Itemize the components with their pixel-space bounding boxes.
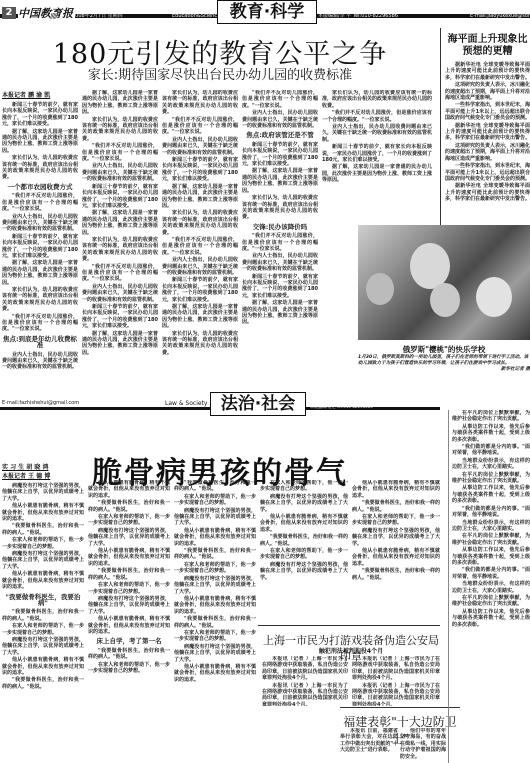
sidebar-paragraph: 这项研究的负责人表示，冰川融化的速度超出了预期，海平面上升将对沿海地区造成严重影… — [445, 82, 530, 101]
lead-paragraph: "我们并不反对幼儿园涨价，但是涨价应该有一个合理的幅度。"一位家长说。 — [162, 237, 238, 256]
lead-paragraph: 据了解，这家幼儿园是一家普通的民办幼儿园，此次涨价主要是因为物价上涨、教师工资上… — [2, 260, 78, 286]
lead-paragraph: 新闻三十春节的前夕，就有家长向本报反映说，一家民办幼儿园涨价了，一个月的收费涨到… — [242, 274, 318, 300]
article2-paragraph: 在家人和老师的帮助下，他一步一步实现着自己的梦想。 — [174, 562, 256, 575]
article2-paragraph: 他从小就患有脆骨病，稍有不慎就会骨折，但他从来没有放弃过对知识的追求。 — [174, 528, 256, 547]
article2-paragraph: 病魔没有打垮这个坚强的男孩，他躺在床上自学，以优异的成绩考上了大学。 — [174, 508, 256, 527]
lead-column-2: 据了解，这家幼儿园是一家普通的民办幼儿园，此次涨价主要是因为物价上涨、教师工资上… — [82, 90, 158, 395]
article3-subhead: 触犯刑法被判拘役4个月 — [262, 646, 440, 655]
photo-caption-text: 1月30日，俄罗斯莫斯科的一所幼儿园里，孩子们在老师的带领下进行手工活动。该幼儿… — [358, 355, 528, 366]
article2-column-2: 他从小就患有脆骨病，稍有不慎就会骨折，但他从来没有放弃过对知识的追求。 "我要做… — [88, 480, 170, 763]
lead-paragraph: 家长们认为，幼儿园的收费应该有统一的标准，政府应该出台相关的政策来规范民办幼儿园… — [2, 155, 78, 181]
right-paragraph: 在平凡的岗位上默默奉献，为维护社会稳定作出了突出贡献。 — [452, 472, 530, 485]
lead-paragraph: 家长们认为，幼儿园的收费应该有统一的标准，政府应该出台相关的政策来规范民办幼儿园… — [162, 331, 238, 357]
right-paragraph: 在平凡的岗位上默默奉献，为维护社会稳定作出了突出贡献。 — [452, 595, 530, 608]
article2-paragraph: 他从小就患有脆骨病，稍有不慎就会骨折，但他从来没有放弃过对知识的追求。 — [260, 514, 348, 533]
lead-column-4: "我们并不反对幼儿园涨价，但是涨价应该有一个合理的幅度。"一位家长说。 业内人士… — [242, 90, 318, 395]
lead-paragraph: 新闻三十春节的前夕，就有家长向本报反映说，一家民办幼儿园涨价了，一个月的收费涨到… — [82, 304, 158, 330]
article3-column-2: 本报讯（记者 ）上海一市民为了在网络游戏中获取装备，私自伪造公安局印章，日前被法… — [352, 656, 440, 706]
article2-paragraph: "我要做骨科医生，治好和我一样的病人。"他说。 — [88, 568, 170, 581]
article2-paragraph: 他从小就患有脆骨病，稍有不慎就会骨折，但他从来没有放弃过对知识的追求。 — [352, 548, 440, 567]
article2-paragraph: 他从小就患有脆骨病，稍有不慎就会骨折，但他从来没有放弃过对知识的追求。 — [2, 503, 84, 522]
photo-caption: 1月30日，俄罗斯莫斯科的一所幼儿园里，孩子们在老师的带领下进行手工活动。该幼儿… — [358, 355, 530, 373]
article2-column-3: "我要做骨科医生，治好和我一样的病人。"他说。 在家人和老师的帮助下，他一步一步… — [174, 480, 256, 763]
right-paragraph: 从事边防工作以来，他先后参与破获各类案件数十起，受到上级的多次表彰。 — [452, 547, 530, 566]
article2-paragraph: 在家人和老师的帮助下，他一步一步实现着自己的梦想。 — [88, 582, 170, 595]
article2-subtitle: 床上自学，考了第一名 — [88, 638, 170, 644]
lead-paragraph: 新闻三十春节的前夕，就有家长向本报反映说，一家民办幼儿园涨价了，一个月的收费涨到… — [242, 142, 318, 168]
article2-paragraph: "我要做骨科医生，治好和我一样的病人。"他说。 — [174, 616, 256, 629]
right-paragraph: 当地群众纷纷表示，有这样的边防卫士在，大家心里踏实。 — [452, 458, 530, 471]
lead-paragraph: "我们并不反对幼儿园涨价，但是涨价应该有一个合理的幅度。"一位家长说。 — [82, 264, 158, 283]
lead-paragraph: 据了解，这家幼儿园是一家普通的民办幼儿园，此次涨价主要是因为物价上涨、教师工资上… — [242, 168, 318, 194]
article2-paragraph: 他从小就患有脆骨病，稍有不慎就会骨折，但他从来没有放弃过对知识的追求。 — [88, 616, 170, 635]
right-paragraph: 从事边防工作以来，他先后参与破获各类案件数十起，受到上级的多次表彰。 — [452, 609, 530, 628]
law-email: E-mail:fazhishehui@gmail.com — [2, 400, 81, 406]
lead-paragraph: 新闻三十春节的前夕，就有家长向本报反映说，一家民办幼儿园涨价了，一个月的收费涨到… — [2, 234, 78, 260]
article2-paragraph: "我要做骨科医生，治好和我一样的病人。"他说。 — [2, 677, 84, 690]
sidebar-paragraph: 一些科学家指出，到本世纪末，海平面可能上升1米以上，远远超出联合国政府间气候变化… — [445, 102, 530, 121]
header-section-en: Education&Science — [172, 14, 220, 18]
lead-paragraph: 据了解，这家幼儿园是一家普通的民办幼儿园，此次涨价主要是因为物价上涨、教师工资上… — [82, 90, 158, 116]
sidebar-paragraph: 据新华社电 全球变暖导致海平面上升的速度可能比此前预计的要快得多，科学家们在最新… — [445, 123, 530, 142]
lead-paragraph: "我们并不反对幼儿园涨价，但是涨价应该有一个合理的幅度。"一位家长说。 — [2, 314, 78, 333]
article2-byline: 本报记者 王 德 博 — [2, 471, 84, 480]
article2-paragraph: "我要做骨科医生，治好和我一样的病人。"他说。 — [260, 534, 348, 547]
lead-paragraph: 业内人士指出，民办幼儿园收费问题由来已久，关键在于缺乏统一的收费标准和有效的监管… — [82, 284, 158, 303]
section-label-education: 教育·科学 — [217, 0, 317, 24]
article2-subtitle: "我要做骨科医生，我要治病" — [2, 594, 84, 607]
article2-paragraph: "我要做骨科医生，治好和我一样的病人。"他说。 — [174, 548, 256, 561]
lead-paragraph: 据了解，这家幼儿园是一家普通的民办幼儿园，此次涨价主要是因为物价上涨、教师工资上… — [242, 300, 318, 326]
article2-paragraph: 他从小就患有脆骨病，稍有不慎就会骨折，但他从来没有放弃过对知识的追求。 — [352, 480, 440, 499]
lead-paragraph: 新闻三十春节的前夕，就有家长向本报反映说，一家民办幼儿园涨价了，一个月的收费涨到… — [82, 184, 158, 210]
lead-paragraph: 业内人士指出，民办幼儿园收费问题由来已久，关键在于缺乏统一的收费标准和有效的监管… — [162, 137, 238, 156]
right-paragraph: 在平凡的岗位上默默奉献，为维护社会稳定作出了突出贡献。 — [452, 410, 530, 423]
article2-paragraph: 病魔没有打垮这个坚强的男孩，他躺在床上自学，以优异的成绩考上了大学。 — [352, 528, 440, 547]
article2-paragraph: 他从小就患有脆骨病，稍有不慎就会骨折，但他从来没有放弃过对知识的追求。 — [88, 480, 170, 499]
article2-column-4: 在家人和老师的帮助下，他一步一步实现着自己的梦想。 病魔没有打垮这个坚强的男孩，… — [260, 480, 348, 620]
article2-paragraph: 在家人和老师的帮助下，他一步一步实现着自己的梦想。 — [174, 630, 256, 643]
article2-paragraph: 病魔没有打垮这个坚强的男孩，他躺在床上自学，以优异的成绩考上了大学。 — [260, 562, 348, 581]
photo-figure — [366, 273, 394, 305]
header-editor: 本版编辑/李 平 Tel:010-82296586 — [318, 14, 398, 18]
lead-paragraph: 据了解，这家幼儿园是一家普通的民办幼儿园，此次涨价主要是因为物价上涨、教师工资上… — [82, 210, 158, 236]
page-number: 2 — [2, 7, 16, 19]
article2-paragraph: 他从小就患有脆骨病，稍有不慎就会骨折，但他从来没有放弃过对知识的追求。 — [174, 664, 256, 683]
lead-subhead: 家长:期待国家尽快出台民办幼儿园的收费标准 — [0, 64, 440, 83]
lead-paragraph: 家长们认为，幼儿园的收费应该有统一的标准，政府应该出台相关的政策来规范民办幼儿园… — [242, 195, 318, 221]
photo-caption-title: 俄罗斯"樱桃"的快乐学校 — [358, 344, 530, 355]
article2-paragraph: 他从小就患有脆骨病，稍有不慎就会骨折，但他从来没有放弃过对知识的追求。 — [2, 657, 84, 676]
article2-byline: 实 习 生 胡 晓 鸿 — [2, 462, 84, 471]
article2-paragraph: 在家人和老师的帮助下，他一步一步实现着自己的梦想。 — [260, 548, 348, 561]
lead-subtitle: 交锋:民办该降价吗 — [242, 224, 318, 230]
article2-paragraph: 他从小就患有脆骨病，稍有不慎就会骨折，但他从来没有放弃过对知识的追求。 — [88, 548, 170, 567]
sidebar-title: 海平面上升现象比预想的更糟 — [445, 34, 530, 58]
lead-column-5: 家长们认为，幼儿园的收费应该有统一的标准，政府应该出台相关的政策来规范民办幼儿园… — [322, 90, 432, 220]
lead-byline: 本报记者 鹏 渝 凯 — [2, 90, 78, 99]
right-paragraph: 从事边防工作以来，他先后参与破获各类案件数十起，受到上级的多次表彰。 — [452, 424, 530, 443]
lead-paragraph: 业内人士指出，民办幼儿园收费问题由来已久，关键在于缺乏统一的收费标准和有效的监管… — [162, 257, 238, 276]
right-paragraph: 当地群众纷纷表示，有这样的边防卫士在，大家心里踏实。 — [452, 520, 530, 533]
article3-paragraph: 本报讯（记者 ）上海一市民为了在网络游戏中获取装备，私自伪造公安局印章，日前被法… — [352, 656, 440, 682]
lead-paragraph: 新闻三十春节的前夕，就有家长向本报反映说，一家民办幼儿园涨价了，一个月的收费涨到… — [322, 144, 432, 163]
lead-paragraph: 据了解，这家幼儿园是一家普通的民办幼儿园，此次涨价主要是因为物价上涨、教师工资上… — [162, 304, 238, 330]
sidebar-paragraph: 据新华社电 全球变暖导致海平面上升的速度可能比此前预计的要快得多，科学家们在最新… — [445, 62, 530, 81]
article4-paragraph: 本报讯 日前，福建省举行表彰大会，对在边防工作中做出突出贡献的"十大边防卫士"进… — [340, 728, 398, 754]
law-section-en: Law & Society — [162, 400, 210, 407]
article3-rule — [258, 625, 440, 626]
article2-paragraph: 在家人和老师的帮助下，他一步一步实现着自己的梦想。 — [352, 514, 440, 527]
lead-paragraph: 业内人士指出，民办幼儿园收费问题由来已久，关键在于缺乏统一的收费标准和有效的监管… — [82, 163, 158, 182]
article2-paragraph: 在家人和老师的帮助下，他一步一步实现着自己的梦想。 — [2, 537, 84, 550]
article4-column-1: 本报讯 日前，福建省举行表彰大会，对在边防工作中做出突出贡献的"十大边防卫士"进… — [340, 728, 398, 763]
article2-paragraph: 病魔没有打垮这个坚强的男孩，他躺在床上自学，以优异的成绩考上了大学。 — [88, 528, 170, 547]
lead-paragraph: 家长们认为，幼儿园的收费应该有统一的标准，政府应该出台相关的政策来规范民办幼儿园… — [82, 237, 158, 263]
article3-column-1: 本报讯（记者 ）上海一市民为了在网络游戏中获取装备，私自伪造公安局印章，日前被法… — [262, 656, 348, 706]
photo-credit: 新华社记者 摄 — [501, 367, 530, 373]
article2-paragraph: "我要做骨科医生，治好和我一样的病人。"他说。 — [88, 648, 170, 661]
lead-paragraph: 家长们认为，幼儿园的收费应该有统一的标准，政府应该出台相关的政策来规范民办幼儿园… — [2, 287, 78, 313]
lead-subtitle: 一个都市农园收费方式 — [2, 184, 78, 190]
header-date: 2008年2月7日 星期四 — [72, 14, 123, 18]
page-header: 2 中国教育报 ///// 2008年2月7日 星期四 Education&Sc… — [0, 0, 530, 26]
lead-paragraph: 家长们认为，幼儿园的收费应该有统一的标准，政府应该出台相关的政策来规范民办幼儿园… — [162, 210, 238, 236]
masthead-slashes: ///// — [50, 12, 57, 20]
lead-paragraph: 据了解，这家幼儿园是一家普通的民办幼儿园，此次涨价主要是因为物价上涨、教师工资上… — [322, 164, 432, 183]
right-paragraph: 从事边防工作以来，他先后参与破获各类案件数十起，受到上级的多次表彰。 — [452, 485, 530, 504]
right-paragraph: "我们做的都是分内的事。"面对荣誉，他平静地说。 — [452, 506, 530, 519]
section-label-law: 法治·社会 — [210, 392, 306, 416]
right-paragraph: "我们做的都是分内的事。"面对荣誉，他平静地说。 — [452, 567, 530, 580]
lead-paragraph: 家长们认为，幼儿园的收费应该有统一的标准，政府应该出台相关的政策来规范民办幼儿园… — [322, 90, 432, 109]
lead-paragraph: 据了解，这家幼儿园是一家普通的民办幼儿园，此次涨价主要是因为物价上涨、教师工资上… — [162, 184, 238, 210]
article2-paragraph: "我要做骨科医生，治好和我一样的病人。"他说。 — [174, 480, 256, 493]
article4-paragraph: 他们中有的常年坚守海岛，有的奋战在缉私一线，用实际行动守护着祖国的海防安全。 — [400, 728, 446, 760]
article4-rule — [340, 707, 460, 708]
right-column-continued: 在平凡的岗位上默默奉献，为维护社会稳定作出了突出贡献。 从事边防工作以来，他先后… — [448, 410, 530, 763]
article2-paragraph: "我要做骨科医生，治好和我一样的病人。"他说。 — [2, 523, 84, 536]
right-paragraph: 当地群众纷纷表示，有这样的边防卫士在，大家心里踏实。 — [452, 581, 530, 594]
article2-paragraph: 在家人和老师的帮助下，他一步一步实现着自己的梦想。 — [260, 480, 348, 493]
sidebar-paragraph: 据新华社电 全球变暖导致海平面上升的速度可能比此前预计的要快得多，科学家们在最新… — [445, 183, 530, 202]
article2-paragraph: 在家人和老师的帮助下，他一步一步实现着自己的梦想。 — [88, 514, 170, 527]
article2-paragraph: "我要做骨科医生，治好和我一样的病人。"他说。 — [352, 568, 440, 581]
article2-paragraph: "我要做骨科医生，治好和我一样的病人。"他说。 — [352, 500, 440, 513]
lead-paragraph: "我们并不反对幼儿园涨价，但是涨价应该有一个合理的幅度。"一位家长说。 — [82, 143, 158, 162]
lead-paragraph: "我们并不反对幼儿园涨价，但是涨价应该有一个合理的幅度。"一位家长说。 — [242, 233, 318, 252]
sidebar-paragraph: 一些科学家指出，到本世纪末，海平面可能上升1米以上，远远超出联合国政府间气候变化… — [445, 163, 530, 182]
article3-paragraph: 本报讯（记者 ）上海一市民为了在网络游戏中获取装备，私自伪造公安局印章，日前被法… — [352, 683, 440, 706]
lead-subtitle: 焦点:到底是年幼儿收费标准 — [2, 336, 78, 349]
sidebar-paragraph: 这项研究的负责人表示，冰川融化的速度超出了预期，海平面上升将对沿海地区造成严重影… — [445, 143, 530, 162]
article2-paragraph: 他从小就患有脆骨病，稍有不慎就会骨折，但他从来没有放弃过对知识的追求。 — [2, 571, 84, 590]
article2-paragraph: 他从小就患有脆骨病，稍有不慎就会骨折，但他从来没有放弃过对知识的追求。 — [174, 596, 256, 615]
lead-column-1: 本报记者 鹏 渝 凯 新闻三十春节的前夕，就有家长向本报反映说，一家民办幼儿园涨… — [2, 90, 78, 395]
lead-paragraph: 据了解，这家幼儿园是一家普通的民办幼儿园，此次涨价主要是因为物价上涨、教师工资上… — [82, 331, 158, 357]
photo-figure — [430, 283, 460, 317]
article3-paragraph: 本报讯（记者 ）上海一市民为了在网络游戏中获取装备，私自伪造公安局印章，日前被法… — [262, 656, 348, 682]
article2-paragraph: 在家人和老师的帮助下，他一步一步实现着自己的梦想。 — [2, 623, 84, 636]
article2-paragraph: 病魔没有打垮这个坚强的男孩，他躺在床上自学，以优异的成绩考上了大学。 — [260, 494, 348, 513]
lead-paragraph: "我们并不反对幼儿园涨价，但是涨价应该有一个合理的幅度。"一位家长说。 — [2, 193, 78, 212]
header-email: E-mail:jiaoyukexue@sohu.com — [470, 14, 530, 18]
article3-paragraph: 本报讯（记者 ）上海一市民为了在网络游戏中获取装备，私自伪造公安局印章，日前被法… — [262, 683, 348, 706]
lead-paragraph: 据了解，这家幼儿园是一家普通的民办幼儿园，此次涨价主要是因为物价上涨、教师工资上… — [2, 129, 78, 155]
lead-paragraph: "我们并不反对幼儿园涨价，但是涨价应该有一个合理的幅度。"一位家长说。 — [322, 110, 432, 123]
article2-paragraph: "我要做骨科医生，治好和我一样的病人。"他说。 — [88, 500, 170, 513]
lead-paragraph: 新闻三十春节的前夕，就有家长向本报反映说，一家民办幼儿园涨价了，一个月的收费涨到… — [162, 157, 238, 183]
article2-paragraph: 在家人和老师的帮助下，他一步一步实现着自己的梦想。 — [174, 494, 256, 507]
lead-paragraph: 业内人士指出，民办幼儿园收费问题由来已久，关键在于缺乏统一的收费标准和有效的监管… — [2, 214, 78, 233]
article2-paragraph: 病魔没有打垮这个坚强的男孩，他躺在床上自学，以优异的成绩考上了大学。 — [88, 596, 170, 615]
article2-paragraph: 在家人和老师的帮助下，他一步一步实现着自己的梦想。 — [88, 662, 170, 675]
article2-column-5: 他从小就患有脆骨病，稍有不慎就会骨折，但他从来没有放弃过对知识的追求。 "我要做… — [352, 480, 440, 620]
lead-paragraph: 家长们认为，幼儿园的收费应该有统一的标准，政府应该出台相关的政策来规范民办幼儿园… — [162, 90, 238, 116]
right-paragraph: "我们做的都是分内的事。"面对荣誉，他平静地说。 — [452, 444, 530, 457]
lead-paragraph: 业内人士指出，民办幼儿园收费问题由来已久，关键在于缺乏统一的收费标准和有效的监管… — [322, 124, 432, 143]
lead-paragraph: 业内人士指出，民办幼儿园收费问题由来已久，关键在于缺乏统一的收费标准和有效的监管… — [242, 253, 318, 272]
lead-paragraph: 业内人士指出，民办幼儿园收费问题由来已久，关键在于缺乏统一的收费标准和有效的监管… — [242, 110, 318, 129]
article2-column-1: 实 习 生 胡 晓 鸿 本报记者 王 德 博 病魔没有打垮这个坚强的男孩，他躺在… — [2, 462, 84, 763]
article2-paragraph: "我要做骨科医生，治好和我一样的病人。"他说。 — [2, 609, 84, 622]
article2-paragraph: 病魔没有打垮这个坚强的男孩，他躺在床上自学，以优异的成绩考上了大学。 — [2, 551, 84, 570]
right-paragraph: 在平凡的岗位上默默奉献，为维护社会稳定作出了突出贡献。 — [452, 533, 530, 546]
law-editor: 本版编辑/杨光 Tel:010-82296560 — [310, 404, 373, 410]
lead-paragraph: "我们并不反对幼儿园涨价，但是涨价应该有一个合理的幅度。"一位家长说。 — [242, 90, 318, 109]
lead-paragraph: 业内人士指出，民办幼儿园收费问题由来已久，关键在于缺乏统一的收费标准和有效的监管… — [2, 352, 78, 371]
lead-paragraph: 新闻三十春节的前夕，就有家长向本报反映说，一家民办幼儿园涨价了，一个月的收费涨到… — [162, 277, 238, 303]
lead-paragraph: 新闻三十春节的前夕，就有家长向本报反映说，一家民办幼儿园涨价了，一个月的收费涨到… — [2, 102, 78, 128]
lead-paragraph: 家长们认为，幼儿园的收费应该有统一的标准，政府应该出台相关的政策来规范民办幼儿园… — [82, 117, 158, 143]
lead-paragraph: "我们并不反对幼儿园涨价，但是涨价应该有一个合理的幅度。"一位家长说。 — [162, 117, 238, 136]
article2-paragraph: 病魔没有打垮这个坚强的男孩，他躺在床上自学，以优异的成绩考上了大学。 — [2, 637, 84, 656]
article2-paragraph: 病魔没有打垮这个坚强的男孩，他躺在床上自学，以优异的成绩考上了大学。 — [174, 644, 256, 663]
photo-figure — [476, 277, 512, 317]
article2-paragraph: 病魔没有打垮这个坚强的男孩，他躺在床上自学，以优异的成绩考上了大学。 — [2, 483, 84, 502]
masthead-logo: 中国教育报 — [18, 5, 75, 21]
news-photo-children — [358, 225, 530, 340]
lead-column-3: 家长们认为，幼儿园的收费应该有统一的标准，政府应该出台相关的政策来规范民办幼儿园… — [162, 90, 238, 395]
lead-subtitle: 焦点:政府该管还是不管 — [242, 132, 318, 138]
article2-paragraph: 病魔没有打垮这个坚强的男孩，他躺在床上自学，以优异的成绩考上了大学。 — [174, 576, 256, 595]
article4-column-2: 他们中有的常年坚守海岛，有的奋战在缉私一线，用实际行动守护着祖国的海防安全。 — [400, 728, 446, 763]
